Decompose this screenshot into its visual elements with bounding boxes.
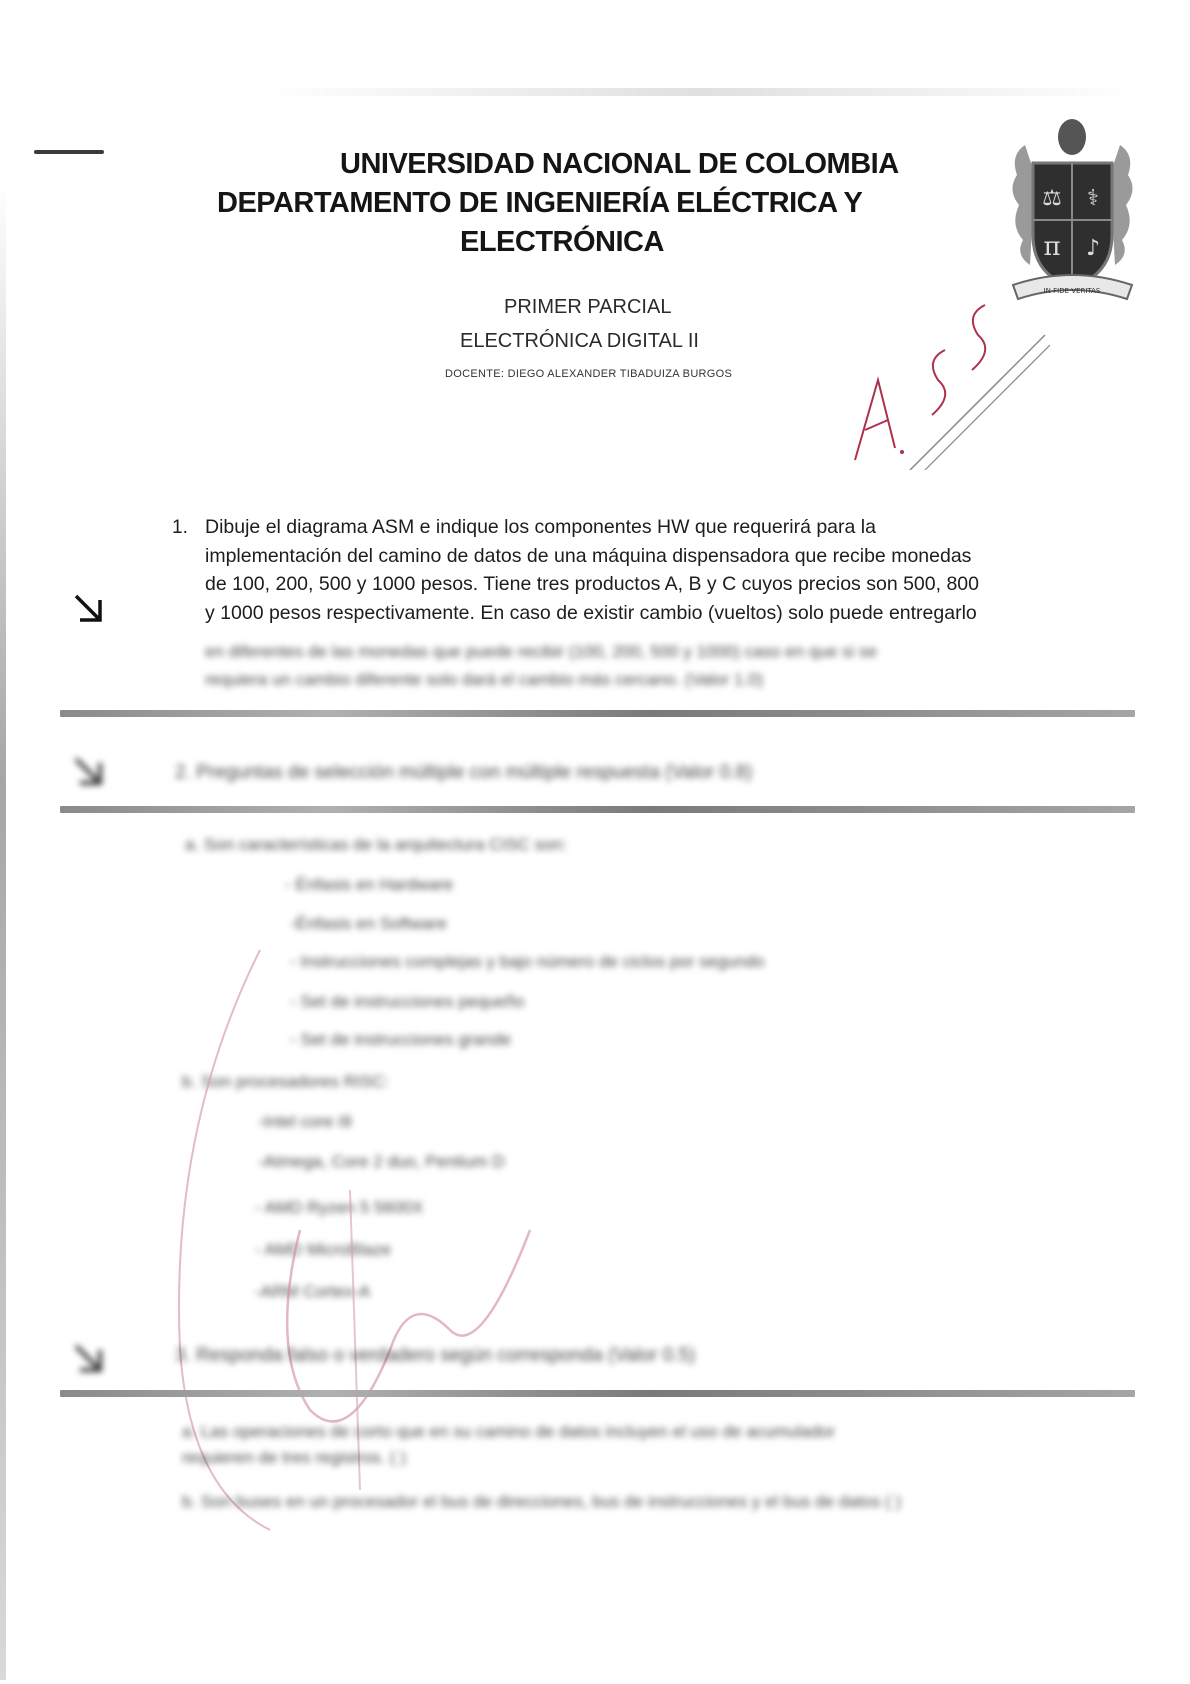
svg-text:π: π	[1043, 232, 1060, 262]
question-3-title: 3. Responda falso o verdadero según corr…	[175, 1345, 695, 1367]
arrow-down-right-icon	[70, 1340, 106, 1376]
svg-text:⚖: ⚖	[1042, 186, 1062, 211]
question-1-blurred-text: en diferentes de las monedas que puede r…	[205, 638, 1095, 694]
question-1-line: Dibuje el diagrama ASM e indique los com…	[205, 513, 1125, 542]
true-false-item: requieren de tres registros. ( )	[182, 1448, 406, 1468]
question-1-line: de 100, 200, 500 y 1000 pesos. Tiene tre…	[205, 570, 1125, 599]
svg-text:⚕: ⚕	[1087, 186, 1099, 211]
exam-title: PRIMER PARCIAL	[504, 296, 671, 319]
section-divider	[60, 710, 1135, 717]
university-name: UNIVERSIDAD NACIONAL DE COLOMBIA	[340, 148, 899, 181]
question-1-line: requiera un cambio diferente solo dará e…	[205, 666, 1095, 694]
department-line-2: ELECTRÓNICA	[460, 226, 664, 259]
handwritten-dash	[34, 150, 104, 154]
question-1-line: y 1000 pesos respectivamente. En caso de…	[205, 599, 1125, 628]
question-1-number: 1.	[172, 517, 188, 539]
svg-text:♪: ♪	[1086, 236, 1100, 261]
true-false-item: b. Son buses en un procesador el bus de …	[182, 1492, 901, 1512]
question-1-line: implementación del camino de datos de un…	[205, 542, 1125, 571]
arrow-down-right-icon	[70, 590, 106, 626]
question-2a-prompt: a. Son características de la arquitectur…	[185, 835, 567, 855]
question-1-line: en diferentes de las monedas que puede r…	[205, 638, 1095, 666]
page-edge-shadow	[260, 88, 1140, 96]
arrow-down-right-icon	[70, 753, 106, 789]
handwritten-grade	[850, 280, 1050, 470]
course-title: ELECTRÓNICA DIGITAL II	[460, 330, 699, 353]
teacher-name: DOCENTE: DIEGO ALEXANDER TIBADUIZA BURGO…	[445, 368, 732, 380]
scan-edge	[0, 180, 6, 1680]
department-line-1: DEPARTAMENTO DE INGENIERÍA ELÉCTRICA Y	[217, 187, 862, 220]
option-item: - Énfasis en Hardware	[285, 875, 453, 895]
section-divider	[60, 1390, 1135, 1397]
question-2-title: 2. Preguntas de selección múltiple con m…	[175, 762, 752, 784]
svg-text:IN FIDE VERITAS: IN FIDE VERITAS	[1044, 287, 1101, 295]
true-false-item: a. Las operaciones de corto que en su ca…	[182, 1422, 835, 1442]
section-divider	[60, 806, 1135, 813]
question-1-text: Dibuje el diagrama ASM e indique los com…	[205, 513, 1125, 627]
